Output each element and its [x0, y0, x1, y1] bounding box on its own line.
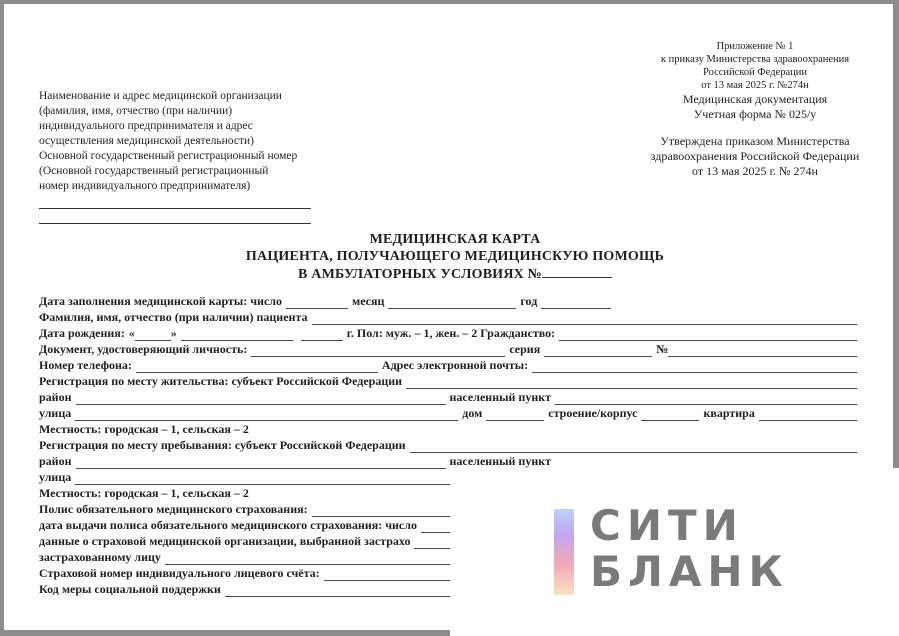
- residence-district-field[interactable]: [76, 393, 446, 405]
- title-line-1: МЕДИЦИНСКАЯ КАРТА: [200, 231, 710, 248]
- residence-street-field[interactable]: [75, 409, 458, 421]
- org-line: Наименование и адрес медицинской организ…: [39, 89, 329, 104]
- full-name-row: Фамилия, имя, отчество (при наличии) пац…: [39, 309, 861, 325]
- organization-block: Наименование и адрес медицинской организ…: [39, 89, 329, 224]
- fill-date-row: Дата заполнения медицинской карты: число…: [39, 293, 639, 309]
- form-number: Учетная форма № 025/у: [620, 107, 890, 122]
- birth-month-field[interactable]: [181, 329, 293, 341]
- document-title: МЕДИЦИНСКАЯ КАРТА ПАЦИЕНТА, ПОЛУЧАЮЩЕГО …: [200, 231, 710, 283]
- approved-line: Утверждена приказом Министерства: [620, 134, 890, 149]
- residence-street-row: улица дом строение/корпус квартира: [39, 405, 861, 421]
- stay-subject-field[interactable]: [410, 441, 857, 453]
- document-row: Документ, удостоверяющий личность: серия…: [39, 341, 861, 357]
- residence-locality-field[interactable]: [555, 393, 857, 405]
- title-line-3: В АМБУЛАТОРНЫХ УСЛОВИЯХ №: [200, 265, 710, 283]
- approval-line: Приложение № 1: [620, 40, 890, 53]
- title-line-2: ПАЦИЕНТА, ПОЛУЧАЮЩЕГО МЕДИЦИНСКУЮ ПОМОЩЬ: [200, 248, 710, 265]
- residence-apartment-field[interactable]: [759, 409, 857, 421]
- doc-type: Медицинская документация: [620, 92, 890, 107]
- phone-row: Номер телефона: Адрес электронной почты:: [39, 357, 861, 373]
- document-type-field[interactable]: [251, 345, 505, 357]
- phone-field[interactable]: [136, 361, 378, 373]
- stay-district-field[interactable]: [76, 457, 446, 469]
- citizenship-field[interactable]: [559, 329, 857, 341]
- document-series-field[interactable]: [544, 345, 652, 357]
- residence-area-row: Местность: городская – 1, сельская – 2: [39, 421, 861, 437]
- brand-logo: СИТИ БЛАНК: [554, 507, 814, 597]
- residence-subject-row: Регистрация по месту жительства: субъект…: [39, 373, 861, 389]
- birth-day-field[interactable]: [135, 329, 171, 341]
- document-number-field[interactable]: [668, 345, 857, 357]
- logo-gradient-bar-icon: [554, 509, 574, 595]
- org-line: индивидуального предпринимателя и адрес: [39, 119, 329, 134]
- fill-year-field[interactable]: [541, 297, 611, 309]
- org-line: (Основной государственный регистрационны…: [39, 164, 329, 179]
- org-blank-line-1[interactable]: [39, 194, 311, 209]
- approved-line: здравоохранения Российской Федерации: [620, 149, 890, 164]
- stay-district-row: район населенный пункт: [39, 453, 861, 469]
- org-line: номер индивидуального предпринимателя): [39, 179, 329, 194]
- residence-house-field[interactable]: [486, 409, 544, 421]
- stay-subject-row: Регистрация по месту пребывания: субъект…: [39, 437, 861, 453]
- email-field[interactable]: [532, 361, 857, 373]
- org-line: Основной государственный регистрационный…: [39, 149, 329, 164]
- approval-line: от 13 мая 2025 г. №274н: [620, 79, 890, 92]
- org-line: осуществления медицинской деятельности): [39, 134, 329, 149]
- residence-district-row: район населенный пункт: [39, 389, 861, 405]
- org-line: (фамилия, имя, отчество (при наличии): [39, 104, 329, 119]
- logo-text: СИТИ БЛАНК: [590, 503, 789, 595]
- fill-day-field[interactable]: [286, 297, 348, 309]
- approved-line: от 13 мая 2025 г. № 274н: [620, 164, 890, 179]
- approval-line: Российской Федерации: [620, 66, 890, 79]
- approval-line: к приказу Министерства здравоохранения: [620, 53, 890, 66]
- card-number-field[interactable]: [542, 265, 612, 278]
- org-blank-line-2[interactable]: [39, 209, 311, 224]
- birth-year-field[interactable]: [301, 329, 343, 341]
- full-name-field[interactable]: [312, 313, 858, 325]
- residence-subject-field[interactable]: [406, 377, 857, 389]
- residence-building-field[interactable]: [641, 409, 699, 421]
- fill-month-field[interactable]: [388, 297, 516, 309]
- approval-block: Приложение № 1 к приказу Министерства зд…: [620, 40, 890, 179]
- birth-row: Дата рождения: « » г. Пол: муж. – 1, жен…: [39, 325, 861, 341]
